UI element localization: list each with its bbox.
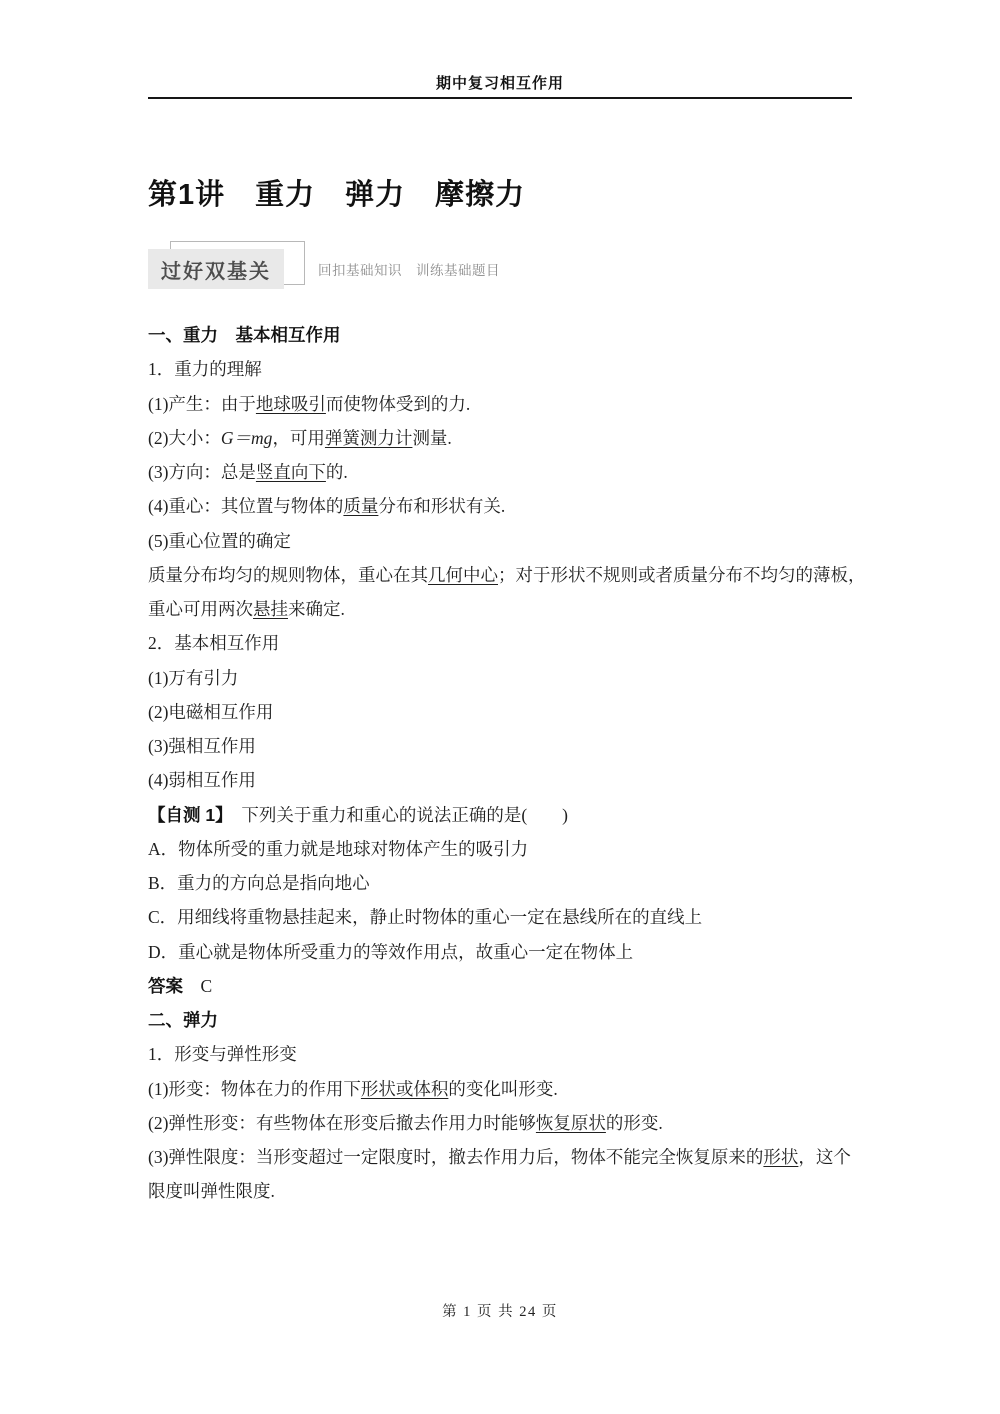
text-segment: (5)重心位置的确定 [148,531,291,551]
text-segment: (1)形变：物体在力的作用下 [148,1079,361,1099]
text-segment: (4)弱相互作用 [148,770,256,790]
text-segment: G＝mg [221,428,273,448]
document-page: 期中复习相互作用 第1讲 重力 弹力 摩擦力 过好双基关 回扣基础知识 训练基础… [0,0,1000,1414]
text-line: (4)重心：其位置与物体的质量分布和形状有关. [148,489,852,523]
page-title: 第1讲 重力 弹力 摩擦力 [148,180,525,212]
text-segment: 形状或体积 [361,1079,449,1099]
text-line: 质量分布均匀的规则物体，重心在其几何中心；对于形状不规则或者质量分布不均匀的薄板… [148,558,852,592]
document-body: 一、重力 基本相互作用1．重力的理解(1)产生：由于地球吸引而使物体受到的力.(… [148,318,852,1209]
text-segment: 而使物体受到的力. [326,394,470,414]
text-segment: (2)大小： [148,428,221,448]
text-segment: ，可用 [272,428,325,448]
text-segment: 几何中心 [428,565,498,585]
page-header: 期中复习相互作用 [148,72,852,99]
text-segment: 的. [326,462,348,482]
text-line: (3)弹性限度：当形变超过一定限度时，撤去作用力后，物体不能完全恢复原来的形状，… [148,1140,852,1174]
text-line: (2)大小：G＝mg，可用弹簧测力计测量. [148,421,852,455]
header-title: 期中复习相互作用 [148,72,852,93]
text-line: (3)强相互作用 [148,729,852,763]
text-segment: 答案 [148,976,183,996]
text-line: C．用细线将重物悬挂起来，静止时物体的重心一定在悬线所在的直线上 [148,900,852,934]
text-segment: 恢复原状 [536,1113,606,1133]
text-line: (2)弹性形变：有些物体在形变后撤去作用力时能够恢复原状的形变. [148,1106,852,1140]
text-segment: 来确定. [288,599,345,619]
text-segment: 的变化叫形变. [448,1079,557,1099]
text-segment: (3)强相互作用 [148,736,256,756]
text-segment: 悬挂 [253,599,288,619]
text-segment: (3)弹性限度：当形变超过一定限度时，撤去作用力后，物体不能完全恢复原来的 [148,1147,763,1167]
text-line: (1)形变：物体在力的作用下形状或体积的变化叫形变. [148,1072,852,1106]
text-segment: C [183,976,212,996]
text-line: 二、弹力 [148,1003,852,1037]
text-segment: 下列关于重力和重心的说法正确的是( ) [224,805,568,825]
text-segment: C．用细线将重物悬挂起来，静止时物体的重心一定在悬线所在的直线上 [148,907,702,927]
text-line: (1)万有引力 [148,661,852,695]
text-line: (2)电磁相互作用 [148,695,852,729]
section-banner: 过好双基关 回扣基础知识 训练基础题目 [148,249,500,289]
text-line: 一、重力 基本相互作用 [148,318,852,352]
text-segment: 弹簧测力计 [325,428,413,448]
text-segment: A．物体所受的重力就是地球对物体产生的吸引力 [148,839,528,859]
text-segment: 1．形变与弹性形变 [148,1044,297,1064]
text-segment: 1．重力的理解 [148,359,262,379]
badge-subtitle: 回扣基础知识 训练基础题目 [318,259,500,279]
text-line: B．重力的方向总是指向地心 [148,866,852,900]
text-segment: (3)方向：总是 [148,462,256,482]
text-segment: 测量. [412,428,451,448]
text-line: 重心可用两次悬挂来确定. [148,592,852,626]
text-segment: (4)重心：其位置与物体的 [148,496,343,516]
text-segment: D．重心就是物体所受重力的等效作用点，故重心一定在物体上 [148,942,633,962]
text-line: D．重心就是物体所受重力的等效作用点，故重心一定在物体上 [148,935,852,969]
text-segment: 分布和形状有关. [378,496,505,516]
text-line: 1．重力的理解 [148,352,852,386]
text-line: 【自测 1】 下列关于重力和重心的说法正确的是( ) [148,798,852,832]
text-segment: (2)电磁相互作用 [148,702,273,722]
text-line: A．物体所受的重力就是地球对物体产生的吸引力 [148,832,852,866]
text-line: 1．形变与弹性形变 [148,1037,852,1071]
badge-wrap: 过好双基关 [148,249,284,289]
text-segment: 一、重力 基本相互作用 [148,325,341,345]
text-line: (4)弱相互作用 [148,763,852,797]
text-line: (5)重心位置的确定 [148,524,852,558]
text-segment: (2)弹性形变：有些物体在形变后撤去作用力时能够 [148,1113,536,1133]
text-segment: ；对于形状不规则或者质量分布不均匀的薄板， [498,565,866,585]
badge-label: 过好双基关 [148,249,284,289]
page-footer: 第 1 页 共 24 页 [0,1300,1000,1321]
text-line: (1)产生：由于地球吸引而使物体受到的力. [148,387,852,421]
text-line: 限度叫弹性限度. [148,1174,852,1208]
text-segment: 地球吸引 [256,394,326,414]
text-segment: (1)万有引力 [148,668,238,688]
text-segment: 质量分布均匀的规则物体，重心在其 [148,565,428,585]
text-line: 2．基本相互作用 [148,626,852,660]
text-segment: (1)产生：由于 [148,394,256,414]
text-segment: 二、弹力 [148,1010,218,1030]
text-segment: 【自测 1】 [148,805,224,825]
text-segment: 竖直向下 [256,462,326,482]
text-segment: 重心可用两次 [148,599,253,619]
text-segment: 限度叫弹性限度. [148,1181,275,1201]
text-line: (3)方向：总是竖直向下的. [148,455,852,489]
text-segment: 的形变. [606,1113,663,1133]
page-number: 第 1 页 共 24 页 [442,1304,558,1320]
text-segment: 形状 [763,1147,798,1167]
text-segment: 质量 [343,496,378,516]
text-segment: B．重力的方向总是指向地心 [148,873,370,893]
text-segment: ，这个 [798,1147,851,1167]
text-line: 答案 C [148,969,852,1003]
text-segment: 2．基本相互作用 [148,633,279,653]
